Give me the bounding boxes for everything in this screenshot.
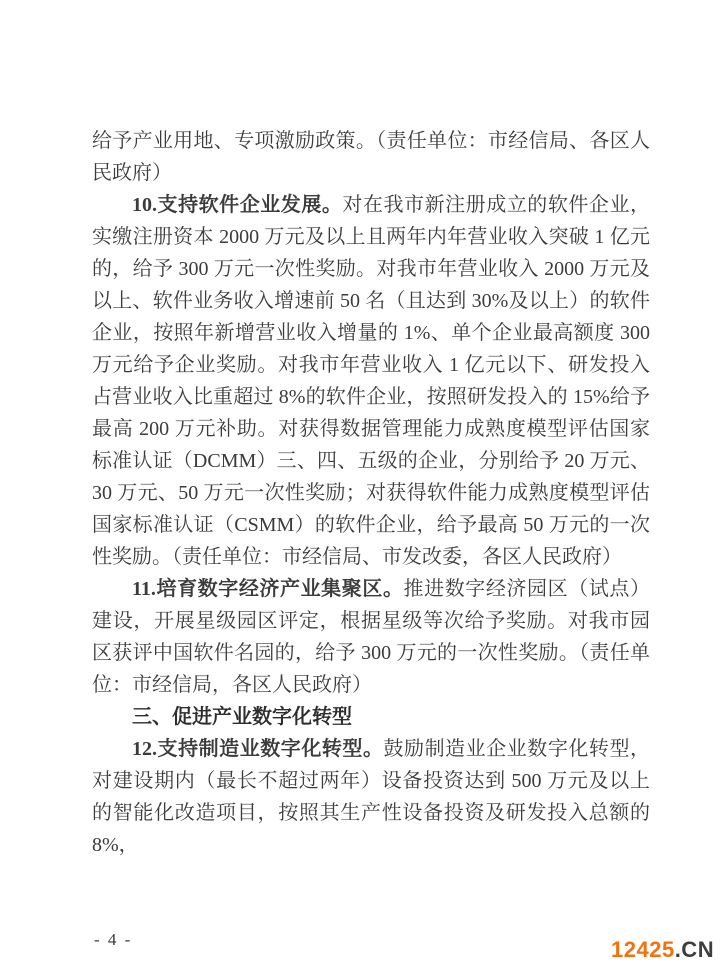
document-body: 给予产业用地、专项激励政策。（责任单位：市经信局、各区人民政府）10.支持软件企… xyxy=(92,125,650,861)
document-page: 给予产业用地、专项激励政策。（责任单位：市经信局、各区人民政府）10.支持软件企… xyxy=(0,0,720,975)
watermark: 12425.CN xyxy=(611,937,714,963)
paragraph: 11.培育数字经济产业集聚区。推进数字经济园区（试点）建设，开展星级园区评定，根… xyxy=(92,573,650,701)
paragraph-text: 给予产业用地、专项激励政策。（责任单位：市经信局、各区人民政府） xyxy=(92,130,650,184)
paragraph-lead: 10.支持软件企业发展。 xyxy=(132,194,342,216)
section-heading: 三、促进产业数字化转型 xyxy=(92,701,650,733)
paragraph-lead: 三、促进产业数字化转型 xyxy=(132,706,352,728)
paragraph-lead: 11.培育数字经济产业集聚区。 xyxy=(132,578,404,600)
paragraph: 给予产业用地、专项激励政策。（责任单位：市经信局、各区人民政府） xyxy=(92,125,650,189)
paragraph: 10.支持软件企业发展。对在我市新注册成立的软件企业，实缴注册资本 2000 万… xyxy=(92,189,650,573)
paragraph-text: 对在我市新注册成立的软件企业，实缴注册资本 2000 万元及以上且两年内年营业收… xyxy=(92,194,650,568)
watermark-suffix: .CN xyxy=(675,937,714,962)
watermark-prefix: 12425 xyxy=(611,937,675,962)
page-number: - 4 - xyxy=(94,930,132,950)
paragraph: 12.支持制造业数字化转型。鼓励制造业企业数字化转型，对建设期内（最长不超过两年… xyxy=(92,733,650,861)
paragraph-lead: 12.支持制造业数字化转型。 xyxy=(132,738,384,760)
